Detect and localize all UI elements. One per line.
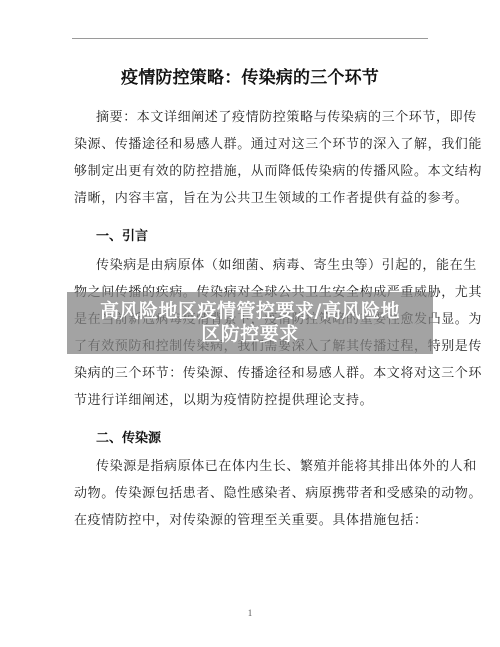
document-title: 疫情防控策略：传染病的三个环节 bbox=[0, 66, 500, 90]
abstract-line: 摘要：本文详细阐述了疫情防控策略与传染病的三个环节，即传 bbox=[96, 109, 419, 127]
overlay-title-line: 高风险地区疫情管控要求/高风险地 bbox=[100, 300, 400, 323]
paragraph-line: 动物。传染源包括患者、隐性感染者、病原携带者和受感染的动物。 bbox=[74, 485, 419, 503]
paragraph-line: 节进行详细阐述，以期为疫情防控提供理论支持。 bbox=[74, 392, 419, 410]
section-heading-infection-source: 二、传染源 bbox=[96, 430, 161, 448]
abstract-line: 够制定出更有效的防控措施，从而降低传染病的传播风险。本文结构 bbox=[74, 163, 419, 181]
section-heading-introduction: 一、引言 bbox=[96, 228, 148, 246]
abstract-line: 清晰，内容丰富，旨在为公共卫生领域的工作者提供有益的参考。 bbox=[74, 190, 419, 208]
paragraph-line: 传染病是由病原体（如细菌、病毒、寄生虫等）引起的，能在生 bbox=[96, 257, 419, 275]
paragraph-line: 染病的三个环节：传染源、传播途径和易感人群。本文将对这三个环 bbox=[74, 365, 419, 383]
page-number: 1 bbox=[0, 608, 500, 618]
overlay-title-line: 区防控要求 bbox=[201, 323, 299, 346]
paragraph-line: 在疫情防控中，对传染源的管理至关重要。具体措施包括： bbox=[74, 512, 419, 530]
paragraph-line: 传染源是指病原体已在体内生长、繁殖并能将其排出体外的人和 bbox=[96, 458, 419, 476]
overlay-title: 高风险地区疫情管控要求/高风险地 区防控要求 bbox=[67, 292, 433, 354]
abstract-line: 染源、传播途径和易感人群。通过对这三个环节的深入了解，我们能 bbox=[74, 136, 419, 154]
header-divider bbox=[72, 38, 428, 39]
